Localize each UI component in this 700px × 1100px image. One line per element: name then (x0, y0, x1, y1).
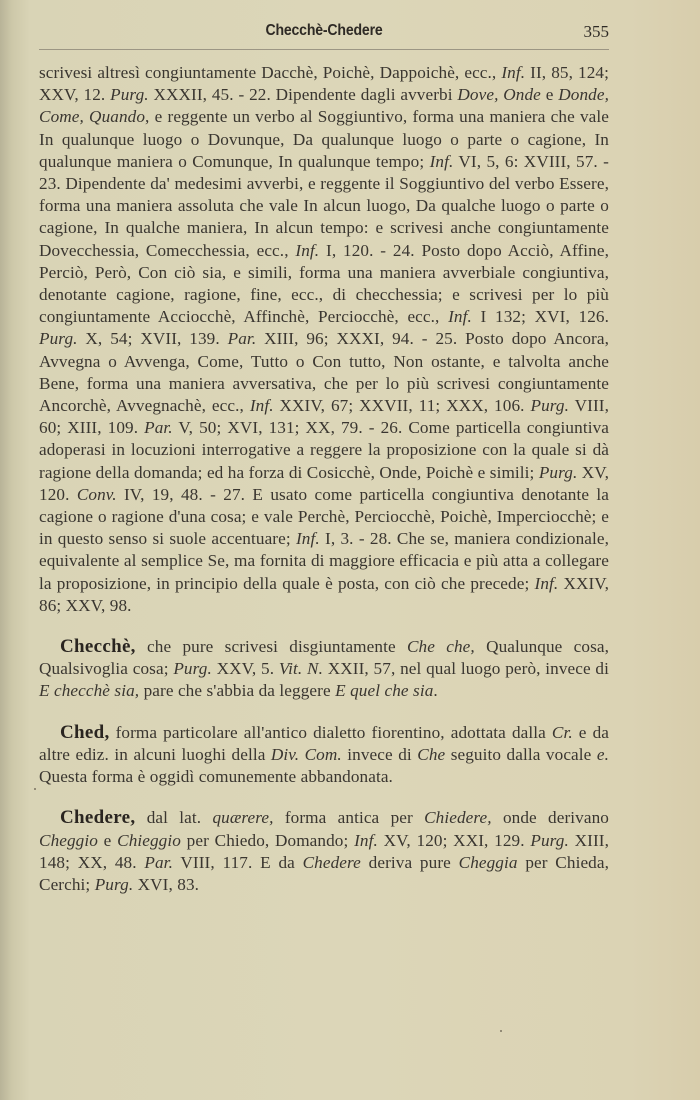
page-header: Checchè-Chedere 355 (39, 22, 609, 46)
paper-speck (34, 788, 36, 790)
headword: Checchè, (60, 636, 136, 657)
entry-chedere: Chedere, dal lat. quærere, forma antica … (39, 807, 609, 896)
body-text: scrivesi altresì congiuntamente Dacchè, … (39, 62, 609, 896)
headword: Ched, (60, 722, 110, 743)
page-number: 355 (584, 22, 610, 42)
continuation-paragraph: scrivesi altresì congiuntamente Dacchè, … (39, 62, 609, 617)
header-rule (39, 49, 609, 50)
running-head: Checchè-Chedere (73, 22, 575, 40)
paper-speck (500, 1030, 502, 1032)
entry-ched: Ched, forma particolare all'antico diale… (39, 722, 609, 789)
entry-checche: Checchè, che pure scrivesi disgiuntament… (39, 636, 609, 703)
headword: Chedere, (60, 807, 135, 828)
